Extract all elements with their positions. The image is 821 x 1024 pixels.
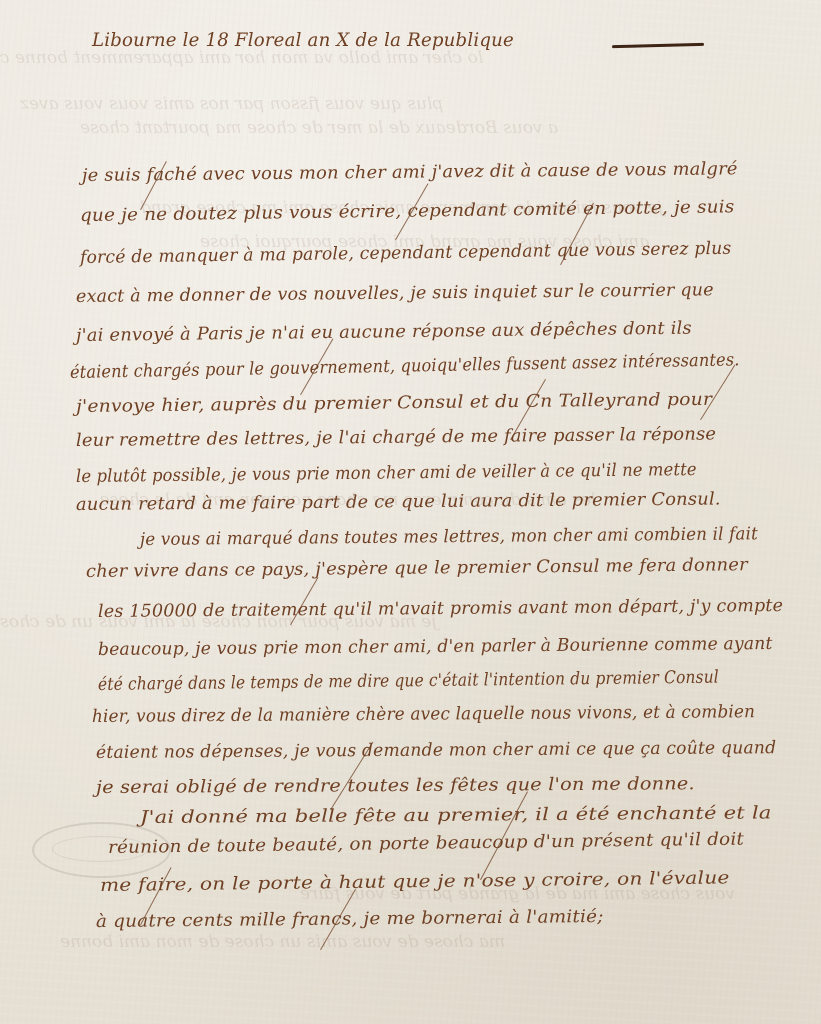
letter-line: été chargé dans le temps de me dire que … (98, 668, 719, 695)
bleed-through-text: a vous Bordeaux de la mer de chose ma po… (80, 118, 558, 138)
bleed-through-text: plus que vous fisson par nos amis vous v… (20, 94, 443, 114)
letter-line: je serai obligé de rendre toutes les fêt… (96, 774, 695, 798)
letter-line: aucun retard à me faire part de ce que l… (76, 489, 721, 515)
letter-line: J'ai donné ma belle fête au premier, il … (140, 803, 772, 828)
letter-line: exact à me donner de vos nouvelles, je s… (76, 280, 714, 307)
letter-line: j'envoye hier, auprès du premier Consul … (76, 390, 712, 417)
letter-line: je vous ai marqué dans toutes mes lettre… (140, 524, 758, 550)
letter-line: me faire, on le porte à haut que je n'os… (100, 868, 730, 896)
bleed-through-text: ma chose de vous amis un chose de mon am… (60, 932, 505, 952)
trailing-dash (612, 43, 704, 48)
letter-line: à quatre cents mille francs, je me borne… (96, 907, 604, 932)
letter-line: les 150000 de traitement qu'il m'avait p… (98, 596, 783, 622)
letter-line: j'ai envoyé à Paris je n'ai eu aucune ré… (76, 319, 692, 346)
letter-line: que je ne doutez plus vous écrire, cepen… (80, 197, 735, 226)
letter-line: le plutôt possible, je vous prie mon che… (76, 460, 697, 487)
bleed-through-text: lo cher ami bollo va mon hor ami apparem… (0, 48, 483, 68)
letter-line: leur remettre des lettres, je l'ai charg… (76, 424, 716, 451)
letter-page: lo cher ami bollo va mon hor ami apparem… (0, 0, 821, 1024)
dateline: Libourne le 18 Floreal an X de la Republ… (92, 30, 514, 51)
letter-line: cher vivre dans ce pays, j'espère que le… (86, 555, 748, 582)
letter-line: beaucoup, je vous prie mon cher ami, d'e… (98, 634, 773, 660)
letter-line: étaient chargés pour le gouvernement, qu… (70, 350, 740, 383)
letter-line: réunion de toute beauté, on porte beauco… (108, 830, 744, 858)
letter-line: étaient nos dépenses, je vous demande mo… (96, 738, 776, 763)
letter-line: forcé de manquer à ma parole, cependant … (80, 239, 732, 268)
letter-line: hier, vous direz de la manière chère ave… (92, 702, 755, 727)
letter-line: je suis faché avec vous mon cher ami j'a… (82, 159, 738, 186)
